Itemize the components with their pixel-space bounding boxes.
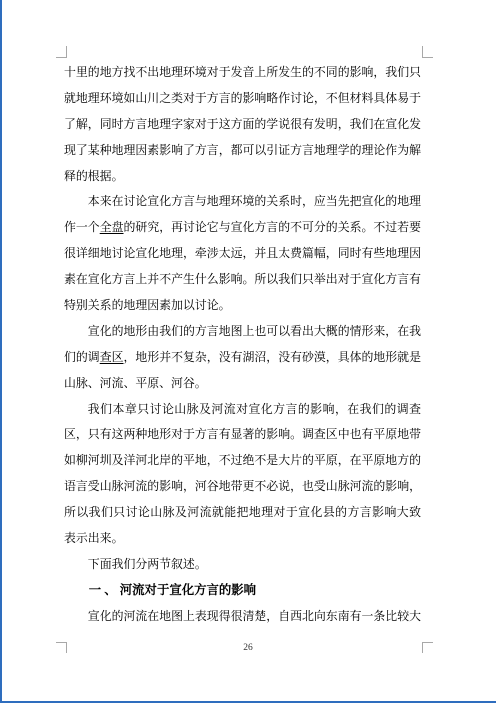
text-line: 如柳河圳及洋河北岸的平地，不过绝不是大片的平原，在平原地方的 <box>64 448 421 474</box>
crop-mark-top-right <box>422 46 433 58</box>
text-segment: 们的调 <box>64 350 100 364</box>
text-line: 十里的地方找不出地理环境对于发音上所发生的不同的影响，我们只 <box>64 60 421 86</box>
underlined-text: 查区 <box>100 350 124 364</box>
text-line: 区，只有这两种地形对于方言有显著的影响。调查区中也有平原地带 <box>64 422 421 448</box>
text-line: 表示出来。 <box>64 526 421 552</box>
text-line: 特别关系的地理因素加以讨论。 <box>64 293 421 319</box>
crop-mark-top-left <box>56 46 67 58</box>
text-line: 我们本章只讨论山脉及河流对宣化方言的影响，在我们的调查 <box>64 397 421 423</box>
document-left-edge <box>0 0 2 703</box>
text-line: 了解，同时方言地理字家对于这方面的学说很有发明，我们在宣化发 <box>64 112 421 138</box>
text-line: 很详细地讨论宣化地理，牵涉太远，并且太费篇幅，同时有些地理因 <box>64 241 421 267</box>
text-segment: ，地形并不复杂，没有湖沼，没有砂漠，具体的地形就是 <box>124 350 421 364</box>
text-line: 释的根据。 <box>64 164 421 190</box>
text-line: 山脉、河流、平原、河谷。 <box>64 371 421 397</box>
text-segment: 作一个 <box>64 220 100 234</box>
text-line: 宣化的地形由我们的方言地图上也可以看出大概的情形来，在我 <box>64 319 421 345</box>
text-line: 宣化的河流在地图上表现得很清楚，自西北向东南有一条比较大 <box>64 604 421 630</box>
page-number: 26 <box>0 643 496 653</box>
text-segment: 的研究，再讨论它与宣化方言的不可分的关系。不过若要 <box>124 220 421 234</box>
text-line: 作一个全盘的研究，再讨论它与宣化方言的不可分的关系。不过若要 <box>64 215 421 241</box>
text-line: 就地理环境如山川之类对于方言的影响略作讨论，不但材料具体易于 <box>64 86 421 112</box>
text-line: 素在宣化方言上并不产生什么影响。所以我们只举出对于宣化方言有 <box>64 267 421 293</box>
text-line: 们的调查区，地形并不复杂，没有湖沼，没有砂漠，具体的地形就是 <box>64 345 421 371</box>
text-line: 本来在讨论宣化方言与地理环境的关系时，应当先把宣化的地理 <box>64 189 421 215</box>
text-line: 语言受山脉河流的影响，河谷地带更不必说，也受山脉河流的影响， <box>64 474 421 500</box>
page-text-block: 十里的地方找不出地理环境对于发音上所发生的不同的影响，我们只 就地理环境如山川之… <box>64 60 421 630</box>
text-line: 下面我们分两节叙述。 <box>64 552 421 578</box>
underlined-text: 全盘 <box>100 220 124 234</box>
text-line: 现了某种地理因素影响了方言，都可以引证方言地理学的理论作为解 <box>64 138 421 164</box>
text-line: 所以我们只讨论山脉及河流就能把地理对于宣化县的方言影响大致 <box>64 500 421 526</box>
section-heading: 一 、 河流对于宣化方言的影响 <box>64 578 421 604</box>
